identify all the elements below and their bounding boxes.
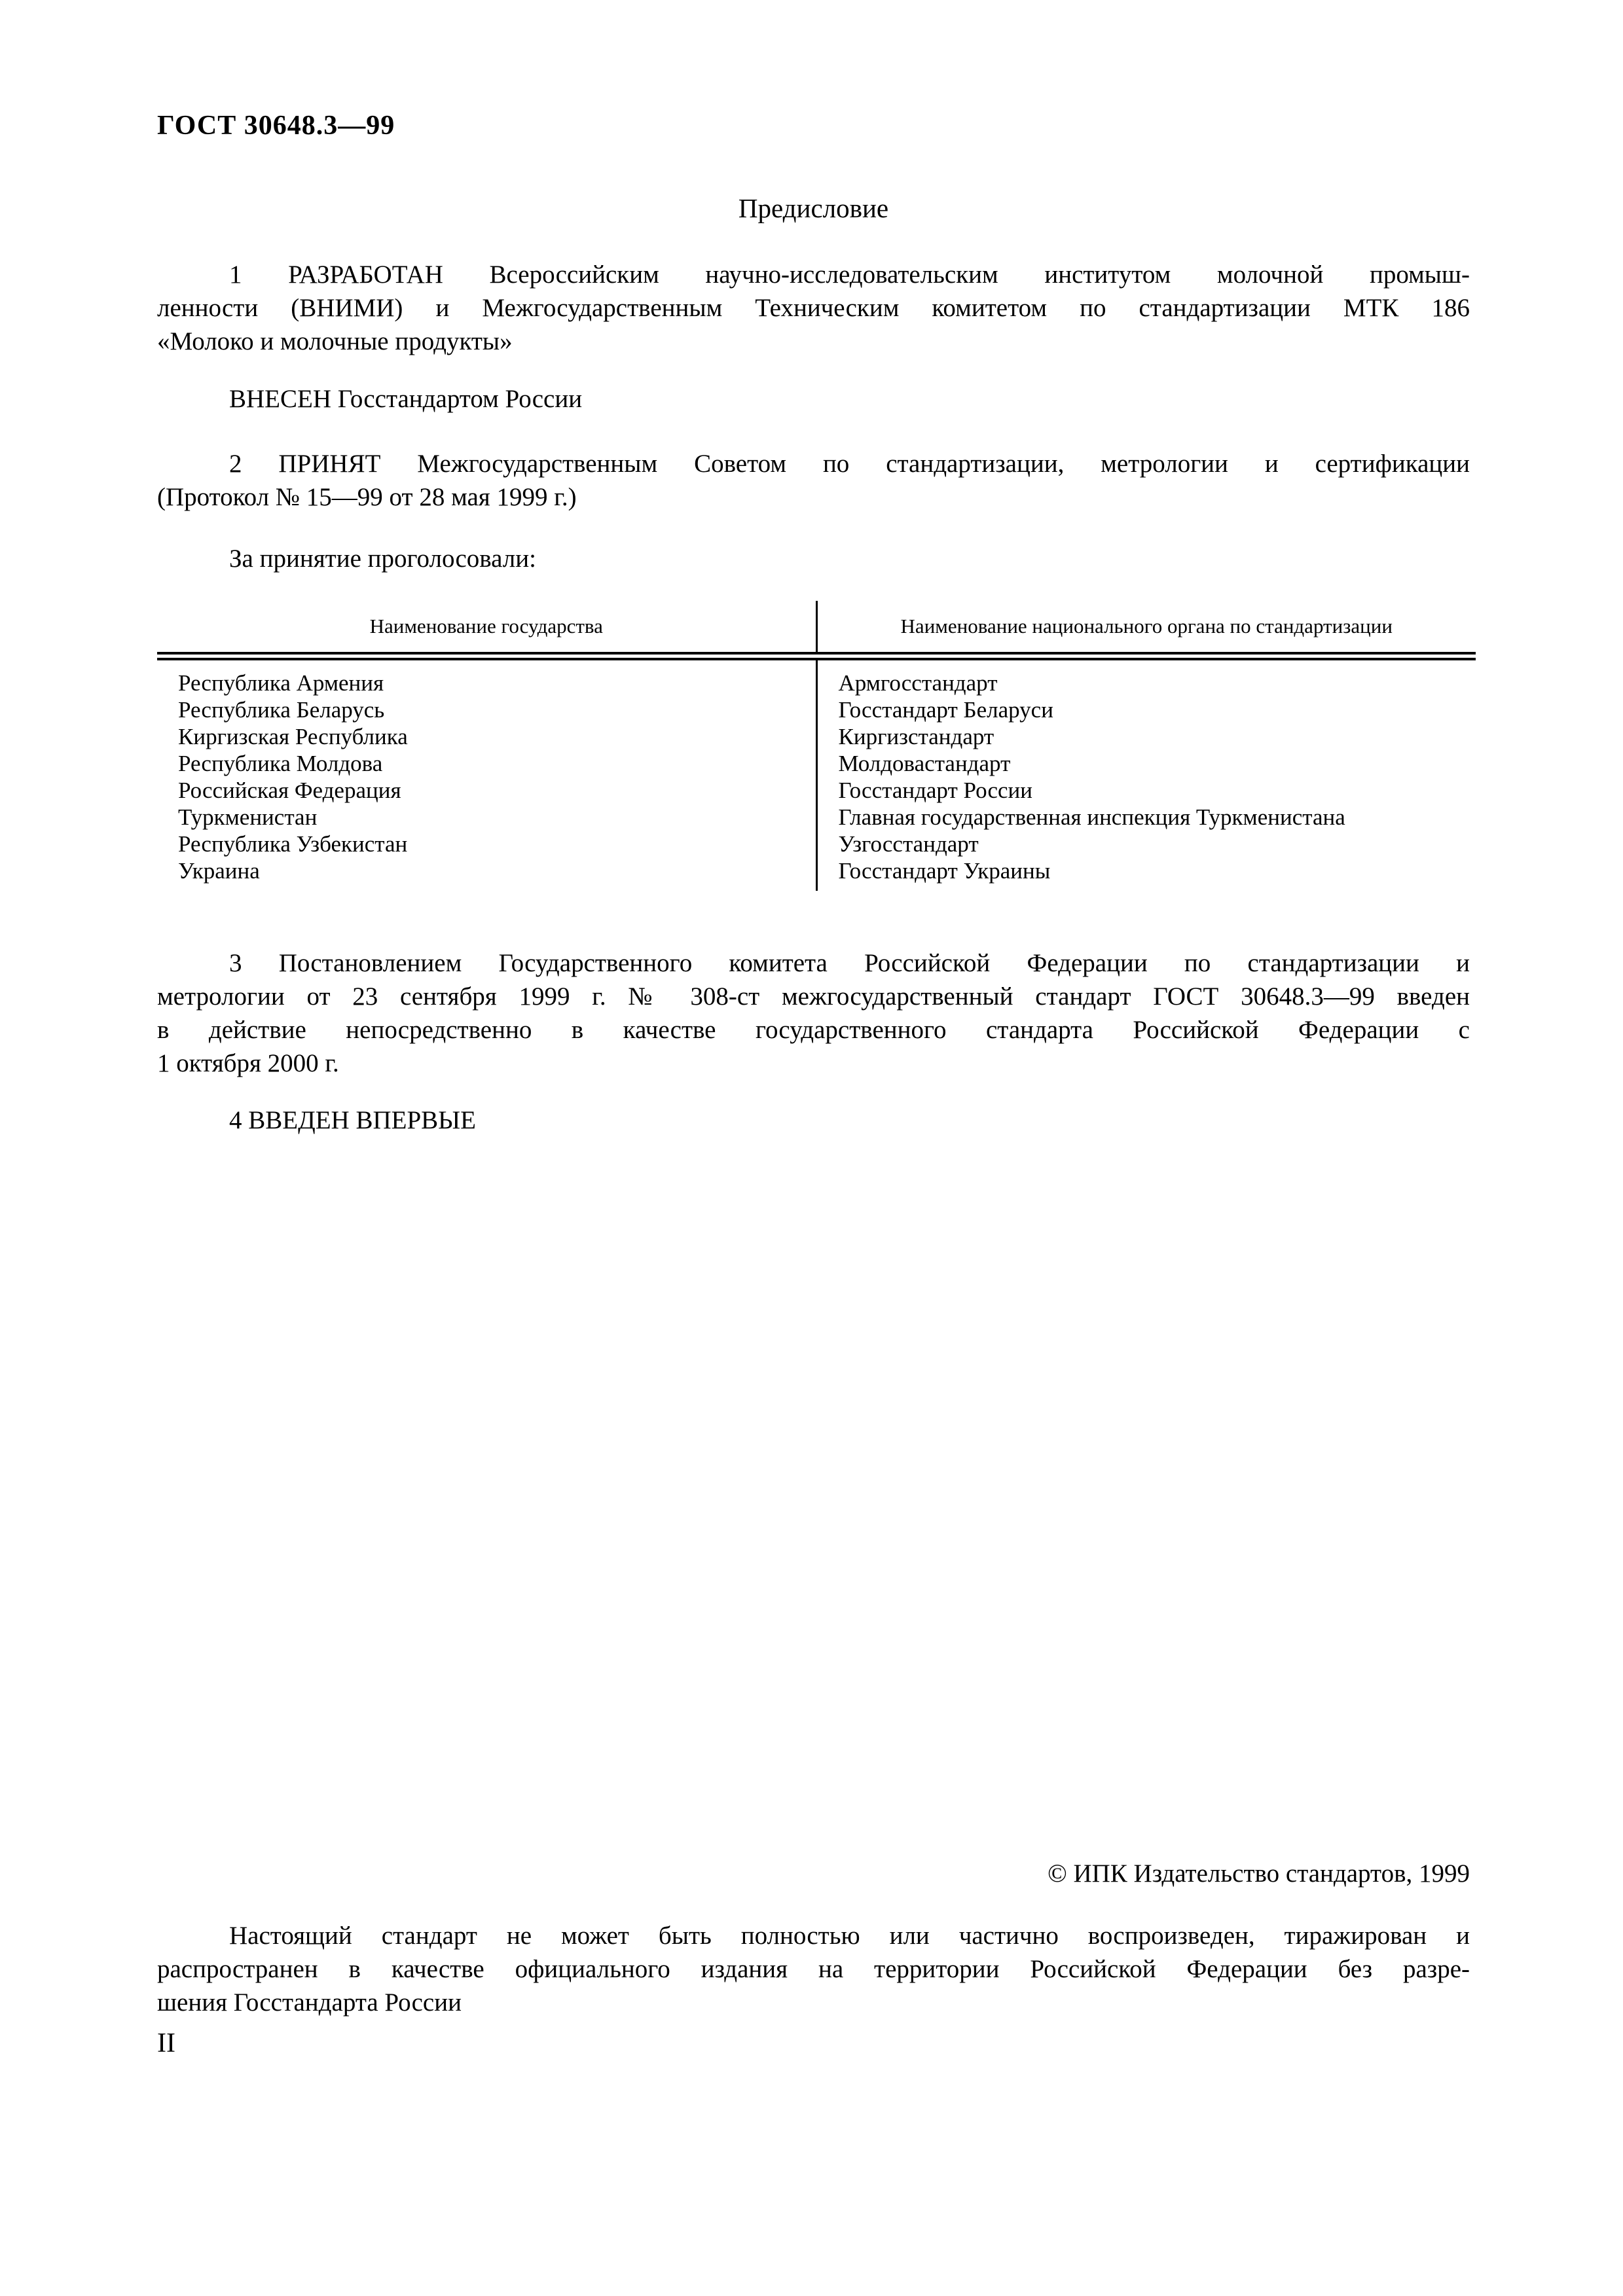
cell-state-name: Туркменистан xyxy=(157,804,816,831)
page-title: Предисловие xyxy=(157,192,1470,224)
header-state-name: Наименование государства xyxy=(157,601,816,656)
vote-intro: За принятие проголосовали: xyxy=(157,542,1470,575)
cell-org-name: Узгосстандарт xyxy=(816,831,1476,857)
table-row: Российская ФедерацияГосстандарт России xyxy=(157,777,1476,804)
doc-code: ГОСТ 30648.3—99 xyxy=(157,110,395,141)
cell-state-name: Республика Армения xyxy=(157,656,816,697)
table-row: Республика МолдоваМолдовастандарт xyxy=(157,750,1476,777)
cell-state-name: Республика Беларусь xyxy=(157,696,816,723)
table-row: Киргизская РеспубликаКиргизстандарт xyxy=(157,723,1476,750)
cell-org-name: Госстандарт России xyxy=(816,777,1476,804)
footer-note: Настоящий стандарт не может быть полност… xyxy=(157,1919,1470,2019)
cell-state-name: Республика Узбекистан xyxy=(157,831,816,857)
cell-state-name: Киргизская Республика xyxy=(157,723,816,750)
text-line: в действие непосредственно в качестве го… xyxy=(157,1013,1470,1047)
paragraph-adopted: 2 ПРИНЯТ Межгосударственным Советом по с… xyxy=(157,447,1470,514)
page-number: II xyxy=(157,2028,175,2059)
cell-org-name: Госстандарт Беларуси xyxy=(816,696,1476,723)
text-line: 1 РАЗРАБОТАН Всероссийским научно-исслед… xyxy=(157,258,1470,291)
vote-table: Наименование государства Наименование на… xyxy=(157,601,1476,891)
cell-org-name: Киргизстандарт xyxy=(816,723,1476,750)
cell-state-name: Российская Федерация xyxy=(157,777,816,804)
text-line: 2 ПРИНЯТ Межгосударственным Советом по с… xyxy=(157,447,1470,480)
text-line: 1 октября 2000 г. xyxy=(157,1047,1470,1080)
table-row: Республика УзбекистанУзгосстандарт xyxy=(157,831,1476,857)
text-line: метрологии от 23 сентября 1999 г. № 308-… xyxy=(157,980,1470,1013)
paragraph-resolution: 3 Постановлением Государственного комите… xyxy=(157,946,1470,1080)
cell-org-name: Госстандарт Украины xyxy=(816,857,1476,891)
text-line: 3 Постановлением Государственного комите… xyxy=(157,946,1470,980)
paragraph-first-introduced: 4 ВВЕДЕН ВПЕРВЫЕ xyxy=(157,1103,1470,1137)
text-line: Настоящий стандарт не может быть полност… xyxy=(157,1919,1470,1952)
paragraph-developed: 1 РАЗРАБОТАН Всероссийским научно-исслед… xyxy=(157,258,1470,358)
table-row: Республика БеларусьГосстандарт Беларуси xyxy=(157,696,1476,723)
cell-org-name: Главная государственная инспекция Туркме… xyxy=(816,804,1476,831)
table-row: ТуркменистанГлавная государственная инсп… xyxy=(157,804,1476,831)
text-line: распространен в качестве официального из… xyxy=(157,1952,1470,1986)
cell-org-name: Армгосстандарт xyxy=(816,656,1476,697)
copyright-line: © ИПК Издательство стандартов, 1999 xyxy=(1048,1859,1470,1888)
text-line: ленности (ВНИМИ) и Межгосударственным Те… xyxy=(157,291,1470,325)
paragraph-submitted: ВНЕСЕН Госстандартом России xyxy=(157,382,1470,416)
table-row: Республика АрменияАрмгосстандарт xyxy=(157,656,1476,697)
table-row: УкраинаГосстандарт Украины xyxy=(157,857,1476,891)
vote-table-body: Республика АрменияАрмгосстандартРеспубли… xyxy=(157,656,1476,891)
text-line: «Молоко и молочные продукты» xyxy=(157,325,1470,358)
header-org-name: Наименование национального органа по ста… xyxy=(816,601,1476,656)
cell-org-name: Молдовастандарт xyxy=(816,750,1476,777)
document-page: ГОСТ 30648.3—99 Предисловие 1 РАЗРАБОТАН… xyxy=(0,0,1623,2296)
text-line: (Протокол № 15—99 от 28 мая 1999 г.) xyxy=(157,480,1470,514)
text-line: шения Госстандарта России xyxy=(157,1986,1470,2019)
cell-state-name: Республика Молдова xyxy=(157,750,816,777)
cell-state-name: Украина xyxy=(157,857,816,891)
table-header-row: Наименование государства Наименование на… xyxy=(157,601,1476,656)
vote-table-header: Наименование государства Наименование на… xyxy=(157,601,1476,656)
